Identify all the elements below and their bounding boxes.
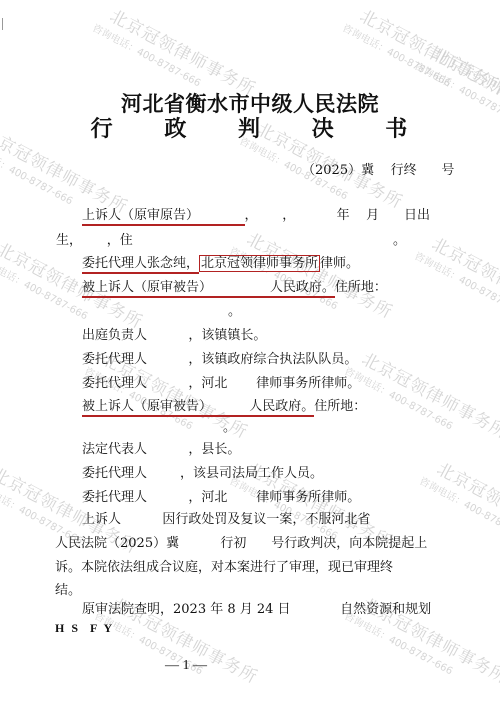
appellee-1-row: 委托代理人 ，河北 律师事务所律师。 bbox=[82, 376, 360, 392]
agent-firm: 北京冠领律师事务所 bbox=[199, 255, 320, 272]
agent-label: 委托代理人张念纯， bbox=[82, 256, 199, 274]
appellee-2-line: 被上诉人（原审被告） 人民政府。住所地： bbox=[82, 399, 366, 415]
edge-mark bbox=[2, 18, 3, 30]
watermark: 北京冠领律师事务所咨询电话：400-8787-666 bbox=[351, 345, 500, 456]
page-number: — 1 — bbox=[165, 658, 207, 674]
watermark: 北京冠领律师事务所咨询电话：400-8787-666 bbox=[421, 230, 500, 341]
appellant-line: 上诉人（原审原告）， ， 年 月 日出 bbox=[82, 208, 430, 224]
appellee-1-address-end: 。 bbox=[228, 304, 241, 320]
body-paragraph-line: 人民法院（2025）冀 行初 号行政判决，向本院提起上 bbox=[55, 536, 427, 552]
body-paragraph-line: 原审法院查明，2023 年 8 月 24 日 自然资源和规划 bbox=[82, 602, 431, 618]
agent-line: 委托代理人张念纯，北京冠领律师事务所律师。 bbox=[82, 256, 359, 272]
appellee-1-row: 委托代理人 ，该镇政府综合执法队队员。 bbox=[82, 352, 357, 368]
appellant-label: 上诉人（原审原告） bbox=[82, 208, 245, 226]
appellee-2-row: 委托代理人 ，河北 律师事务所律师。 bbox=[82, 490, 360, 506]
appellant-line-2: 生， ，住 bbox=[56, 233, 133, 249]
appellant-line-2-end: 。 bbox=[393, 233, 406, 249]
appellee-1-row: 出庭负责人 ，该镇镇长。 bbox=[82, 328, 266, 344]
case-number: （2025）冀 行终 号 bbox=[302, 163, 454, 179]
watermark: 北京冠领律师事务所咨询电话：400-8787-666 bbox=[426, 455, 500, 566]
body-paragraph-line: 诉。本院依法组成合议庭，对本案进行了审理，现已审理终 bbox=[55, 560, 393, 576]
appellee-1-label: 被上诉人（原审被告） 人民政府。 bbox=[82, 280, 335, 298]
appellee-1-line: 被上诉人（原审被告） 人民政府。住所地： bbox=[82, 280, 387, 296]
appellee-2-row: 法定代表人 ，县长。 bbox=[82, 442, 240, 458]
appellee-2-row: 委托代理人 ，该县司法局工作人员。 bbox=[82, 466, 323, 482]
document-type: 行 政 判 决 书 bbox=[0, 112, 500, 143]
body-paragraph-line: 上诉人 因行政处罚及复议一案，不服河北省 bbox=[82, 512, 370, 528]
appellee-2-address-end: 。 bbox=[223, 420, 236, 436]
body-paragraph-line: 结。 bbox=[55, 583, 81, 599]
appellee-2-label: 被上诉人（原审被告） 人民政府。 bbox=[82, 399, 314, 417]
footer-code: H S F Y bbox=[55, 620, 114, 636]
